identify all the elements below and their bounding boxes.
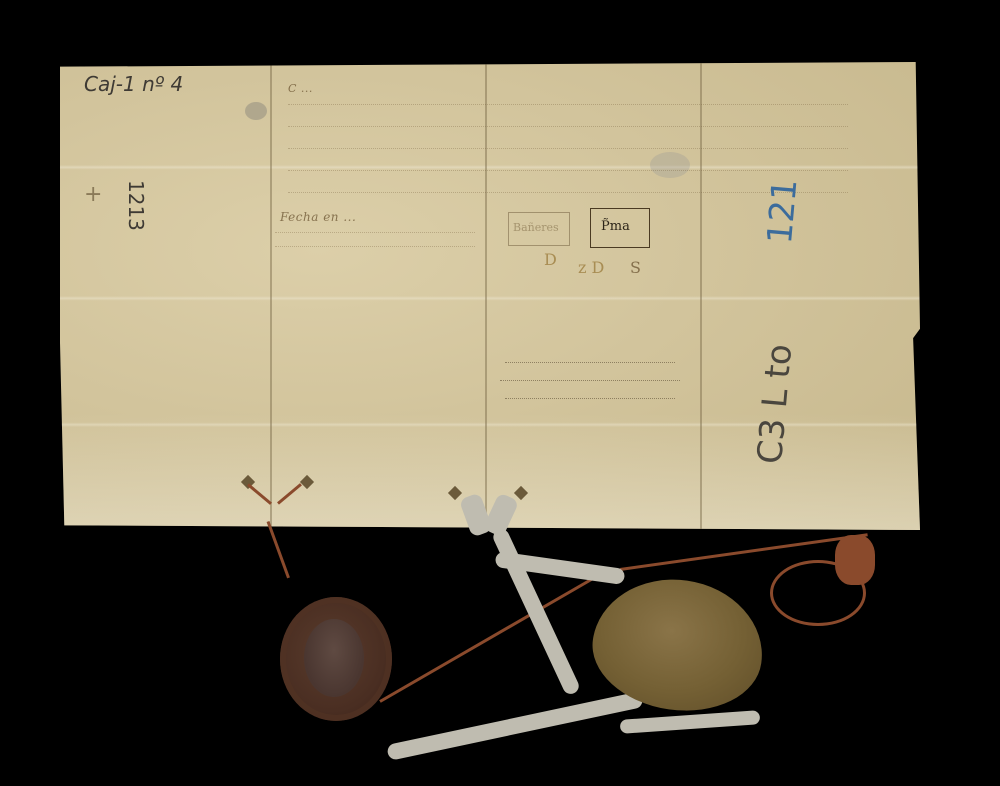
parchment-sheet: Caj-1 nº 4 + 1213 C ... Fecha en ... Bañ… xyxy=(60,62,920,530)
text-line xyxy=(288,148,848,149)
mark: z D xyxy=(578,258,604,277)
inverted-note-line xyxy=(505,398,675,399)
text-line xyxy=(288,170,848,171)
inverted-note-line xyxy=(505,362,675,363)
fold-line xyxy=(700,62,702,530)
wax-seal-left xyxy=(280,597,392,721)
blue-pencil-number: 121 xyxy=(760,177,806,245)
mark: S xyxy=(630,258,641,277)
text-line xyxy=(288,104,848,105)
seal-strap xyxy=(620,710,761,734)
inverted-note-line xyxy=(500,380,680,381)
note-heading: Fecha en ... xyxy=(280,210,356,224)
pencil-cross: + xyxy=(84,182,102,207)
text-line: C ... xyxy=(288,82,313,95)
seal-strap xyxy=(386,691,644,761)
shelfmark: C3 L to xyxy=(750,342,800,465)
fold-line xyxy=(270,62,272,530)
cord-knot xyxy=(835,535,875,585)
stain xyxy=(245,102,267,120)
seal-effigy xyxy=(304,619,364,697)
mark: D xyxy=(544,250,557,269)
pencil-mark: 1213 xyxy=(124,180,148,231)
annotation-box: Bañeres xyxy=(508,212,570,246)
fold-line xyxy=(485,62,487,530)
text-line xyxy=(288,126,848,127)
note-line xyxy=(275,246,475,247)
stain xyxy=(650,152,690,178)
archive-reference: Caj-1 nº 4 xyxy=(84,72,183,96)
seal-cord xyxy=(267,521,290,578)
annotation-box: P̃ma xyxy=(590,208,650,248)
note-line xyxy=(275,232,475,233)
